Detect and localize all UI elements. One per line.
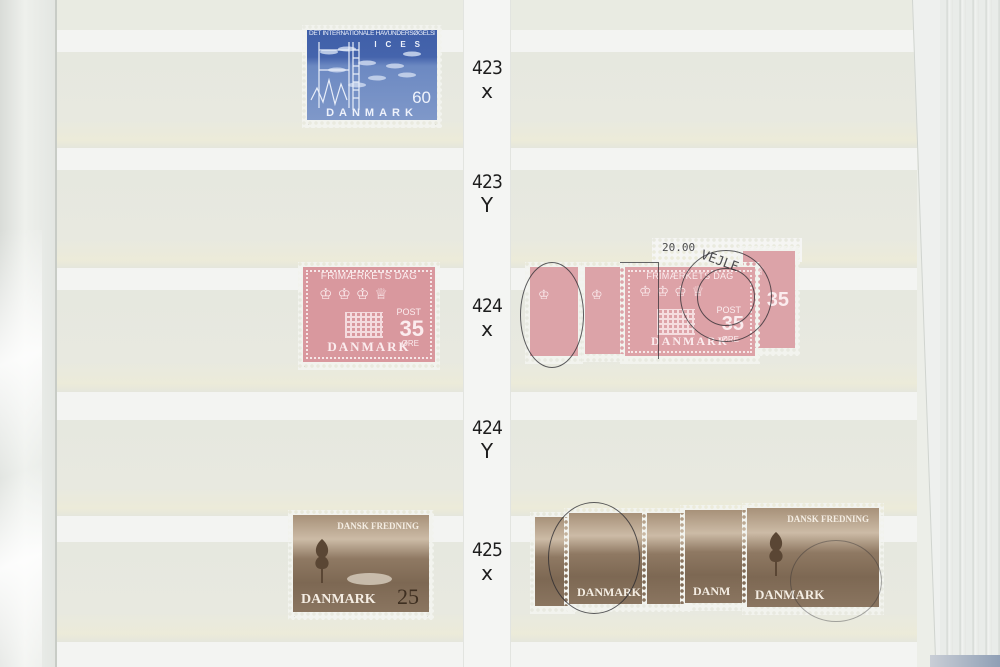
- book-leaves: [940, 0, 1000, 667]
- cancel-box: [620, 262, 659, 359]
- stamp-country: DANMARK: [301, 592, 376, 608]
- label-row-1: 423 x: [464, 58, 510, 103]
- stamp-ices-text: ICES: [374, 40, 429, 49]
- stamp-value: 25: [397, 584, 419, 610]
- cancel-fragment: 20.00: [662, 241, 695, 254]
- catalogue-number: 424: [466, 418, 507, 440]
- catalogue-number: 424: [466, 296, 507, 318]
- stamp-ices-60[interactable]: DET INTERNATIONALE HAVUNDERSØGELSESRÅD I…: [302, 25, 442, 128]
- stamp-dansk-fredning-25[interactable]: DANSK FREDNING DANMARK 25 ··: [288, 510, 434, 620]
- postmark-circle: [697, 268, 755, 326]
- stamp-country: DANMARK: [303, 339, 435, 355]
- catalogue-number: 423: [466, 58, 507, 80]
- tree-icon: [311, 535, 333, 583]
- stamp-inscription: FRIMÆRKETS DAG: [303, 271, 435, 282]
- postmark-circle: [790, 540, 882, 622]
- variant-mark: Y: [464, 194, 510, 217]
- label-row-5: 425 x: [464, 540, 510, 585]
- stamp-country: DANMARK: [307, 107, 437, 119]
- postmark-circle: [520, 262, 584, 368]
- label-row-2: 423 Y: [464, 172, 510, 217]
- label-row-3: 424 x: [464, 296, 510, 341]
- postmark-circle: [548, 502, 640, 614]
- variant-mark: Y: [464, 440, 510, 463]
- stamp-value: 60: [412, 88, 431, 108]
- plastic-sleeve: [0, 0, 57, 667]
- stockbook-photo: 423 x 423 Y 424 x 424 Y 425 x: [0, 0, 1000, 667]
- book-cover-edge: [930, 655, 1000, 667]
- catalogue-label-column: 423 x 423 Y 424 x 424 Y 425 x: [463, 0, 511, 667]
- variant-mark: x: [464, 562, 510, 585]
- stamp-inscription: DET INTERNATIONALE HAVUNDERSØGELSESRÅD: [309, 30, 435, 37]
- variant-mark: x: [464, 80, 510, 103]
- catalogue-number: 425: [466, 540, 507, 562]
- stamp-inscription: DANSK FREDNING: [337, 521, 419, 531]
- crown-icons: ♔♔♔♕: [319, 285, 393, 303]
- label-row-4: 424 Y: [464, 418, 510, 463]
- stamp-frimaerkets-dag-35[interactable]: FRIMÆRKETS DAG ♔♔♔♕ POST 35 ØRE DANMARK …: [298, 262, 440, 370]
- lattice-ornament: [345, 312, 383, 338]
- catalogue-number: 423: [466, 172, 507, 194]
- variant-mark: x: [464, 318, 510, 341]
